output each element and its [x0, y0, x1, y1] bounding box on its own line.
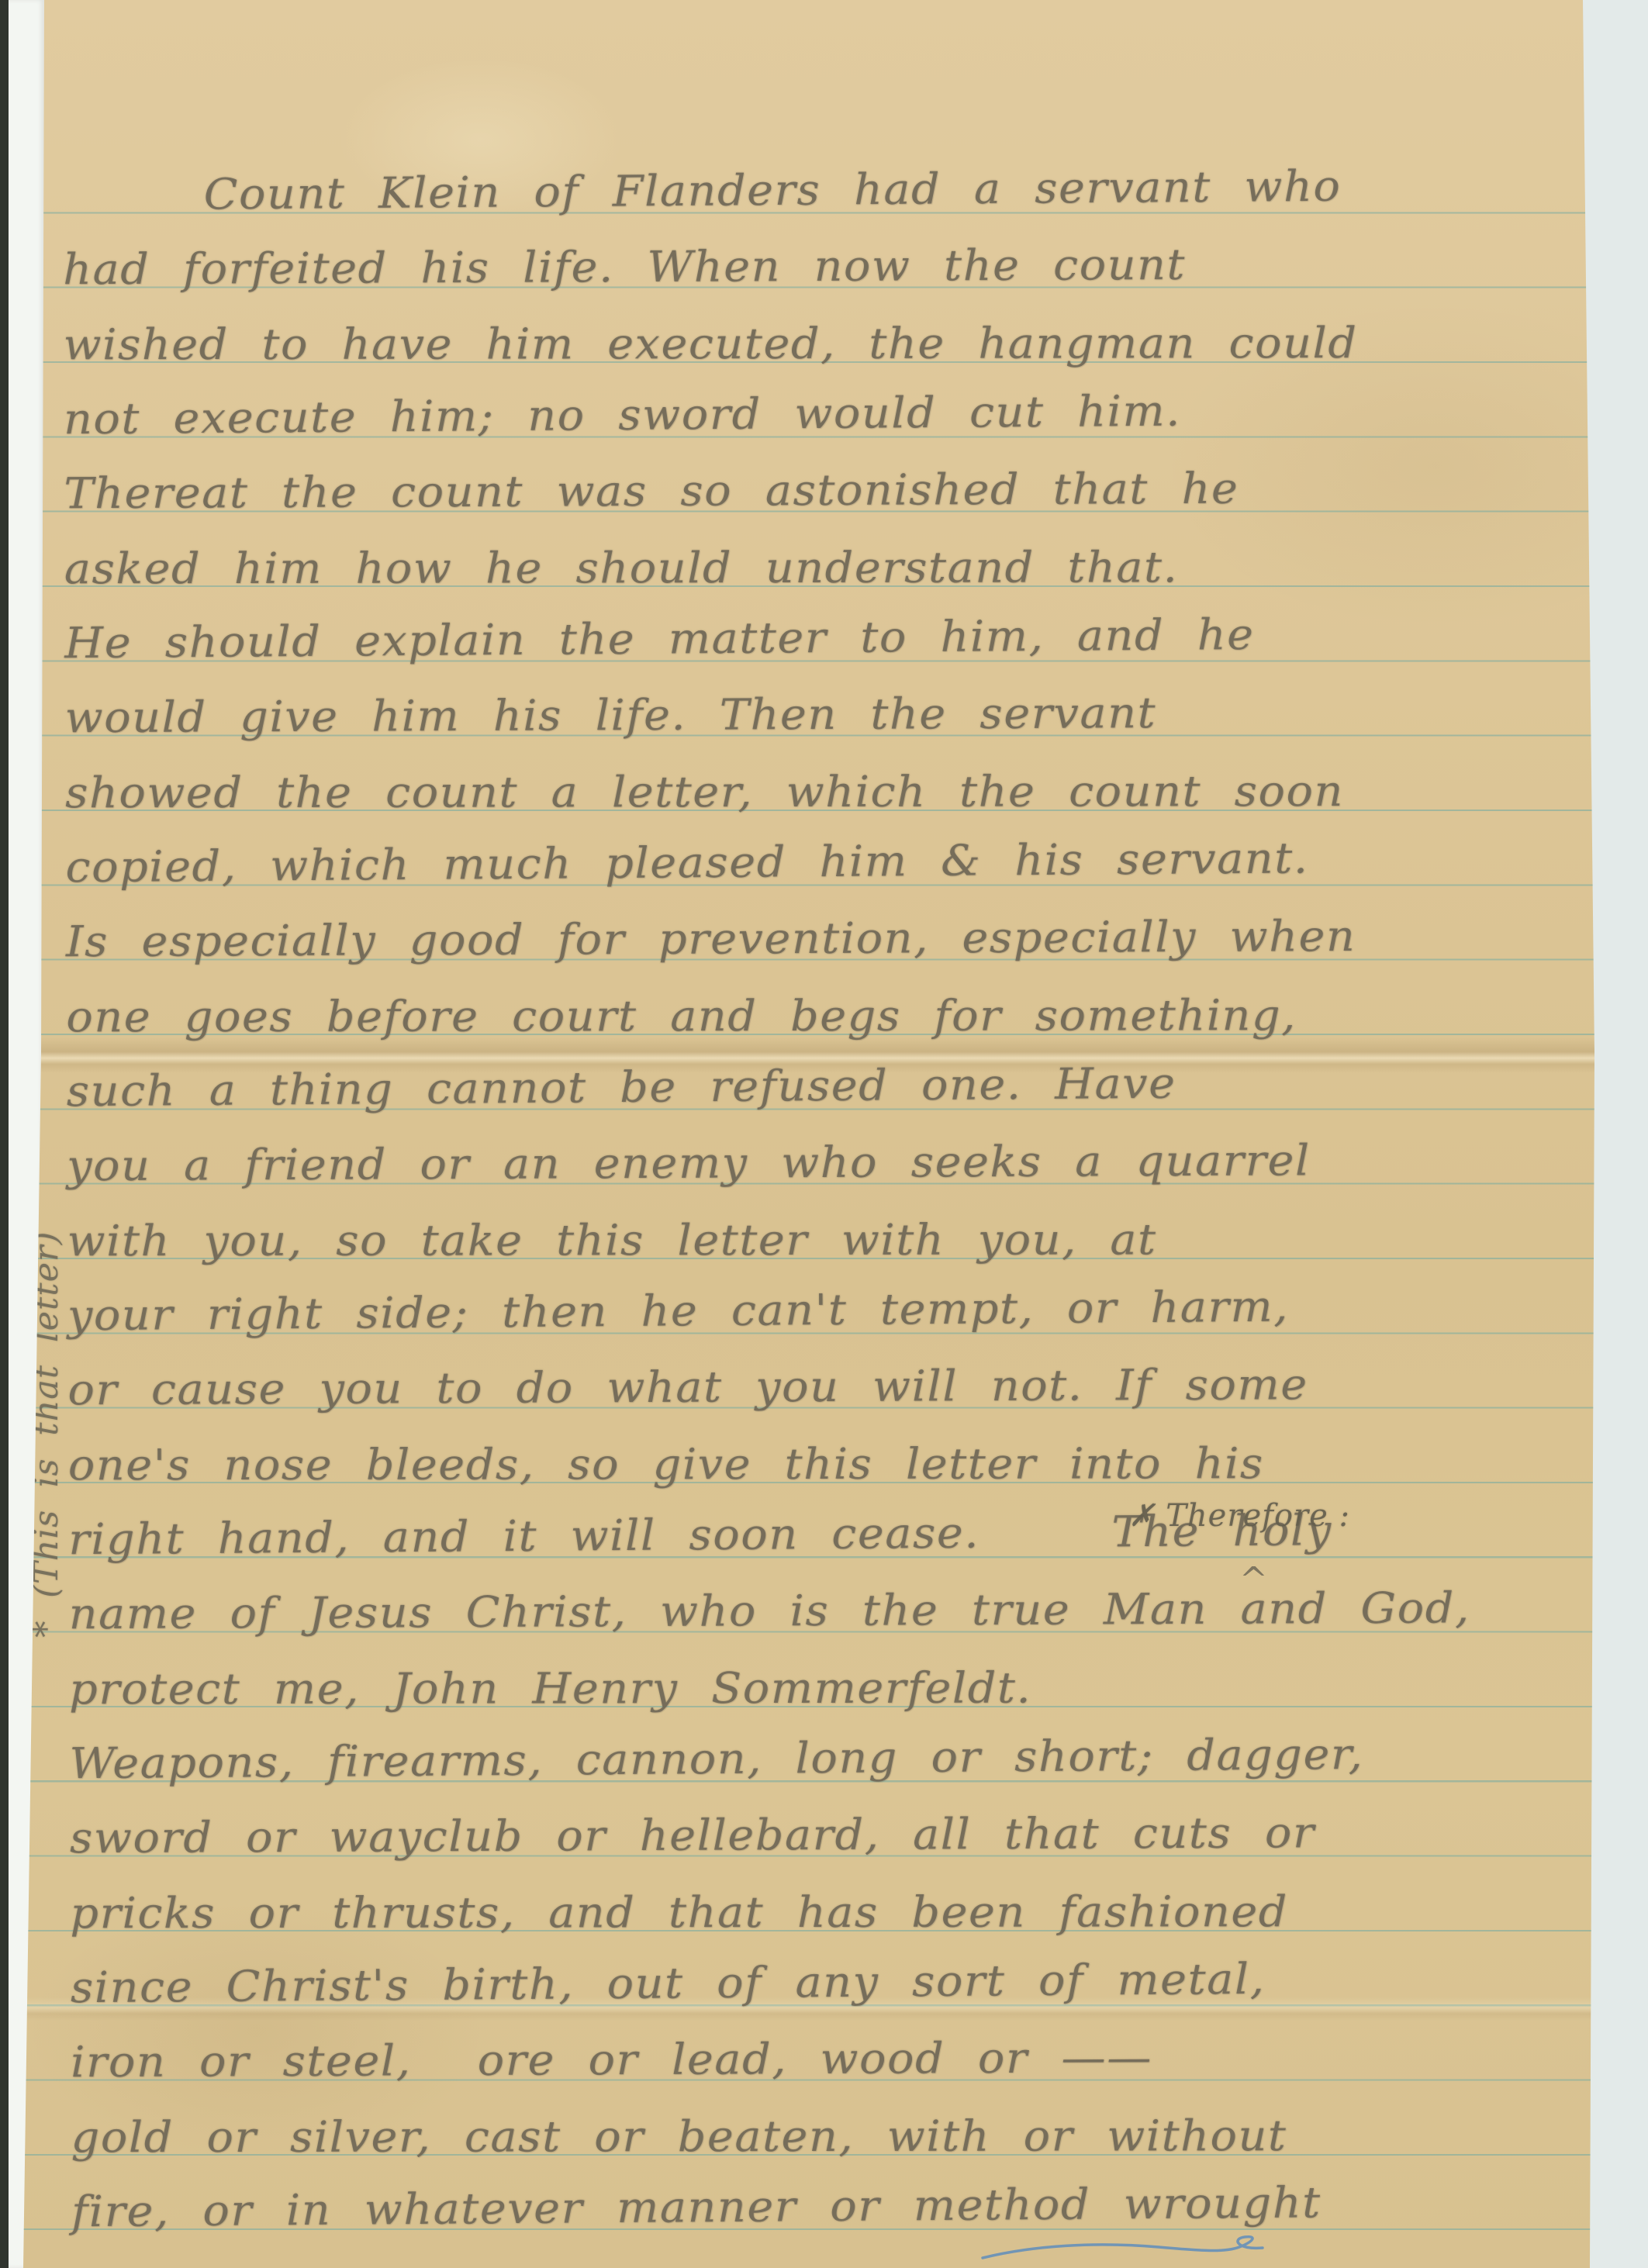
letter-line: you a friend or an enemy who seeks a qua…	[67, 1134, 1311, 1193]
letter-line: your right side; then he can't tempt, or…	[67, 1279, 1289, 1343]
letter-line: wished to have him executed, the hangman…	[64, 316, 1358, 371]
letter-line: one's nose bleeds, so give this letter i…	[68, 1436, 1264, 1492]
interlinear-insertion: ✗ Therefore :	[1128, 1495, 1350, 1537]
letter-line: such a thing cannot be refused one. Have	[66, 1056, 1176, 1119]
letter-lines: Count Klein of Flanders had a servant wh…	[0, 0, 1648, 2268]
letter-line: Thereat the count was so astonished that…	[64, 461, 1239, 521]
scanner-edge-dark	[0, 0, 9, 2268]
letter-line: sword or wayclub or hellebard, all that …	[70, 1805, 1315, 1865]
letter-line: He should explain the matter to him, and…	[64, 607, 1255, 670]
letter-line: gold or silver, cast or beaten, with or …	[71, 2108, 1287, 2164]
letter-line: showed the count a letter, which the cou…	[65, 764, 1344, 820]
letter-line: protect me, John Henry Sommerfeldt.	[69, 1660, 1031, 1716]
letter-line: or cause you to do what you will not. If…	[67, 1358, 1308, 1417]
scanned-letter-page: Count Klein of Flanders had a servant wh…	[0, 0, 1648, 2268]
letter-line: fire, or in whatever manner or method wr…	[71, 2175, 1322, 2239]
letter-line: had forfeited his life. When now the cou…	[63, 237, 1186, 296]
letter-line: asked him how he should understand that.	[64, 540, 1179, 595]
letter-paper: Count Klein of Flanders had a servant wh…	[0, 0, 1648, 2268]
blue-pencil-flourish	[979, 2232, 1273, 2268]
letter-line: Is especially good for prevention, espec…	[66, 909, 1356, 968]
letter-line: one goes before court and begs for somet…	[66, 988, 1297, 1044]
letter-line: since Christ's birth, out of any sort of…	[71, 1952, 1266, 2014]
letter-line: not execute him; no sword would cut him.	[64, 384, 1181, 447]
letter-line: would give him his life. Then the servan…	[64, 685, 1156, 744]
letter-line: copied, which much pleased him & his ser…	[65, 830, 1309, 894]
insertion-caret-mark: ^	[1239, 1560, 1268, 1600]
letter-line: with you, so take this letter with you, …	[67, 1212, 1157, 1268]
letter-line: iron or steel, ore or lead, wood or ——	[71, 2030, 1152, 2089]
letter-line: Weapons, firearms, cannon, long or short…	[69, 1727, 1363, 1790]
letter-line: pricks or thrusts, and that has been fas…	[70, 1884, 1288, 1940]
letter-line: Count Klein of Flanders had a servant wh…	[203, 159, 1341, 222]
